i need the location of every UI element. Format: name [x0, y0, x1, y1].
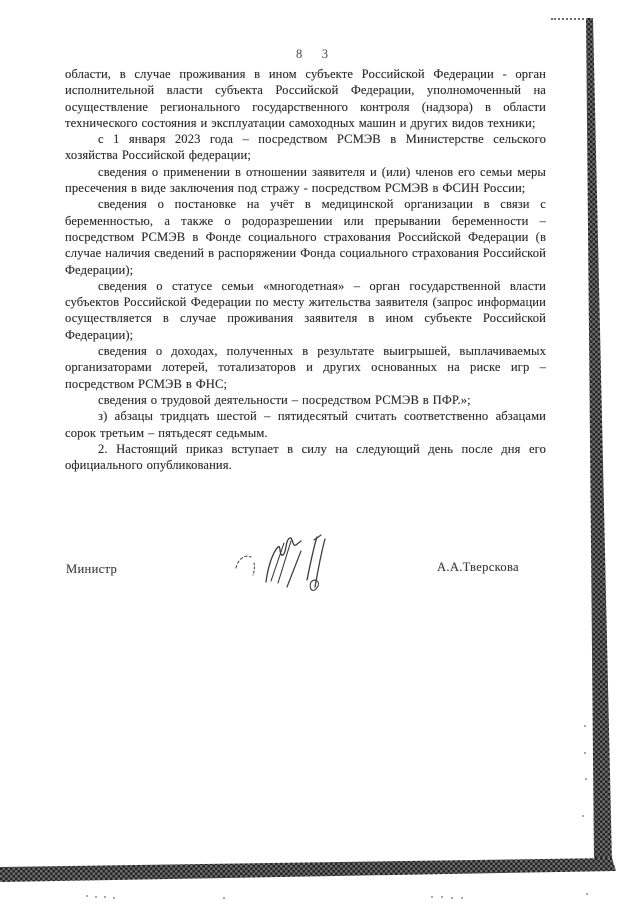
scanned-document-page: 8 3 области, в случае проживания в ином … [0, 0, 640, 905]
scan-speckle [582, 815, 584, 817]
scan-speckle [223, 897, 225, 899]
signer-role-label: Министр [66, 562, 117, 577]
paragraph: области, в случае проживания в ином субъ… [65, 66, 546, 131]
scan-speckle [104, 896, 106, 898]
scan-speckle [584, 752, 586, 754]
scan-speckle [441, 896, 443, 898]
page-number-left: 8 [296, 47, 303, 62]
handwritten-signature [210, 524, 330, 604]
scan-speckle [451, 897, 453, 899]
scan-edge-bottom-shadow [0, 855, 616, 885]
scan-speckle [461, 897, 463, 899]
scan-edge-right-shadow [580, 18, 616, 863]
scan-speckle [584, 725, 586, 727]
paragraph: с 1 января 2023 года – посредством РСМЭВ… [65, 131, 546, 164]
paragraph: сведения о доходах, полученных в результ… [65, 343, 546, 392]
paragraph: сведения о статусе семьи «многодетная» –… [65, 278, 546, 343]
page-number-right: 3 [322, 47, 329, 62]
paragraph: з) абзацы тридцать шестой – пятидесятый … [65, 408, 546, 441]
scan-corner-fold-dots [551, 18, 588, 20]
signer-name-label: А.А.Тверскова [437, 560, 519, 575]
scan-speckle [585, 778, 587, 780]
scan-speckle [586, 893, 588, 895]
page-header: 8 3 [296, 47, 329, 62]
paragraph: сведения о применении в отношении заявит… [65, 164, 546, 197]
paragraph: 2. Настоящий приказ вступает в силу на с… [65, 441, 546, 474]
document-text-block: области, в случае проживания в ином субъ… [65, 66, 546, 473]
paragraph: сведения о постановке на учёт в медицинс… [65, 196, 546, 277]
scan-speckle [86, 895, 88, 897]
scan-speckle [113, 897, 115, 899]
scan-speckle [95, 896, 97, 898]
scan-speckle [431, 896, 433, 898]
paragraph: сведения о трудовой деятельности – посре… [65, 392, 546, 408]
